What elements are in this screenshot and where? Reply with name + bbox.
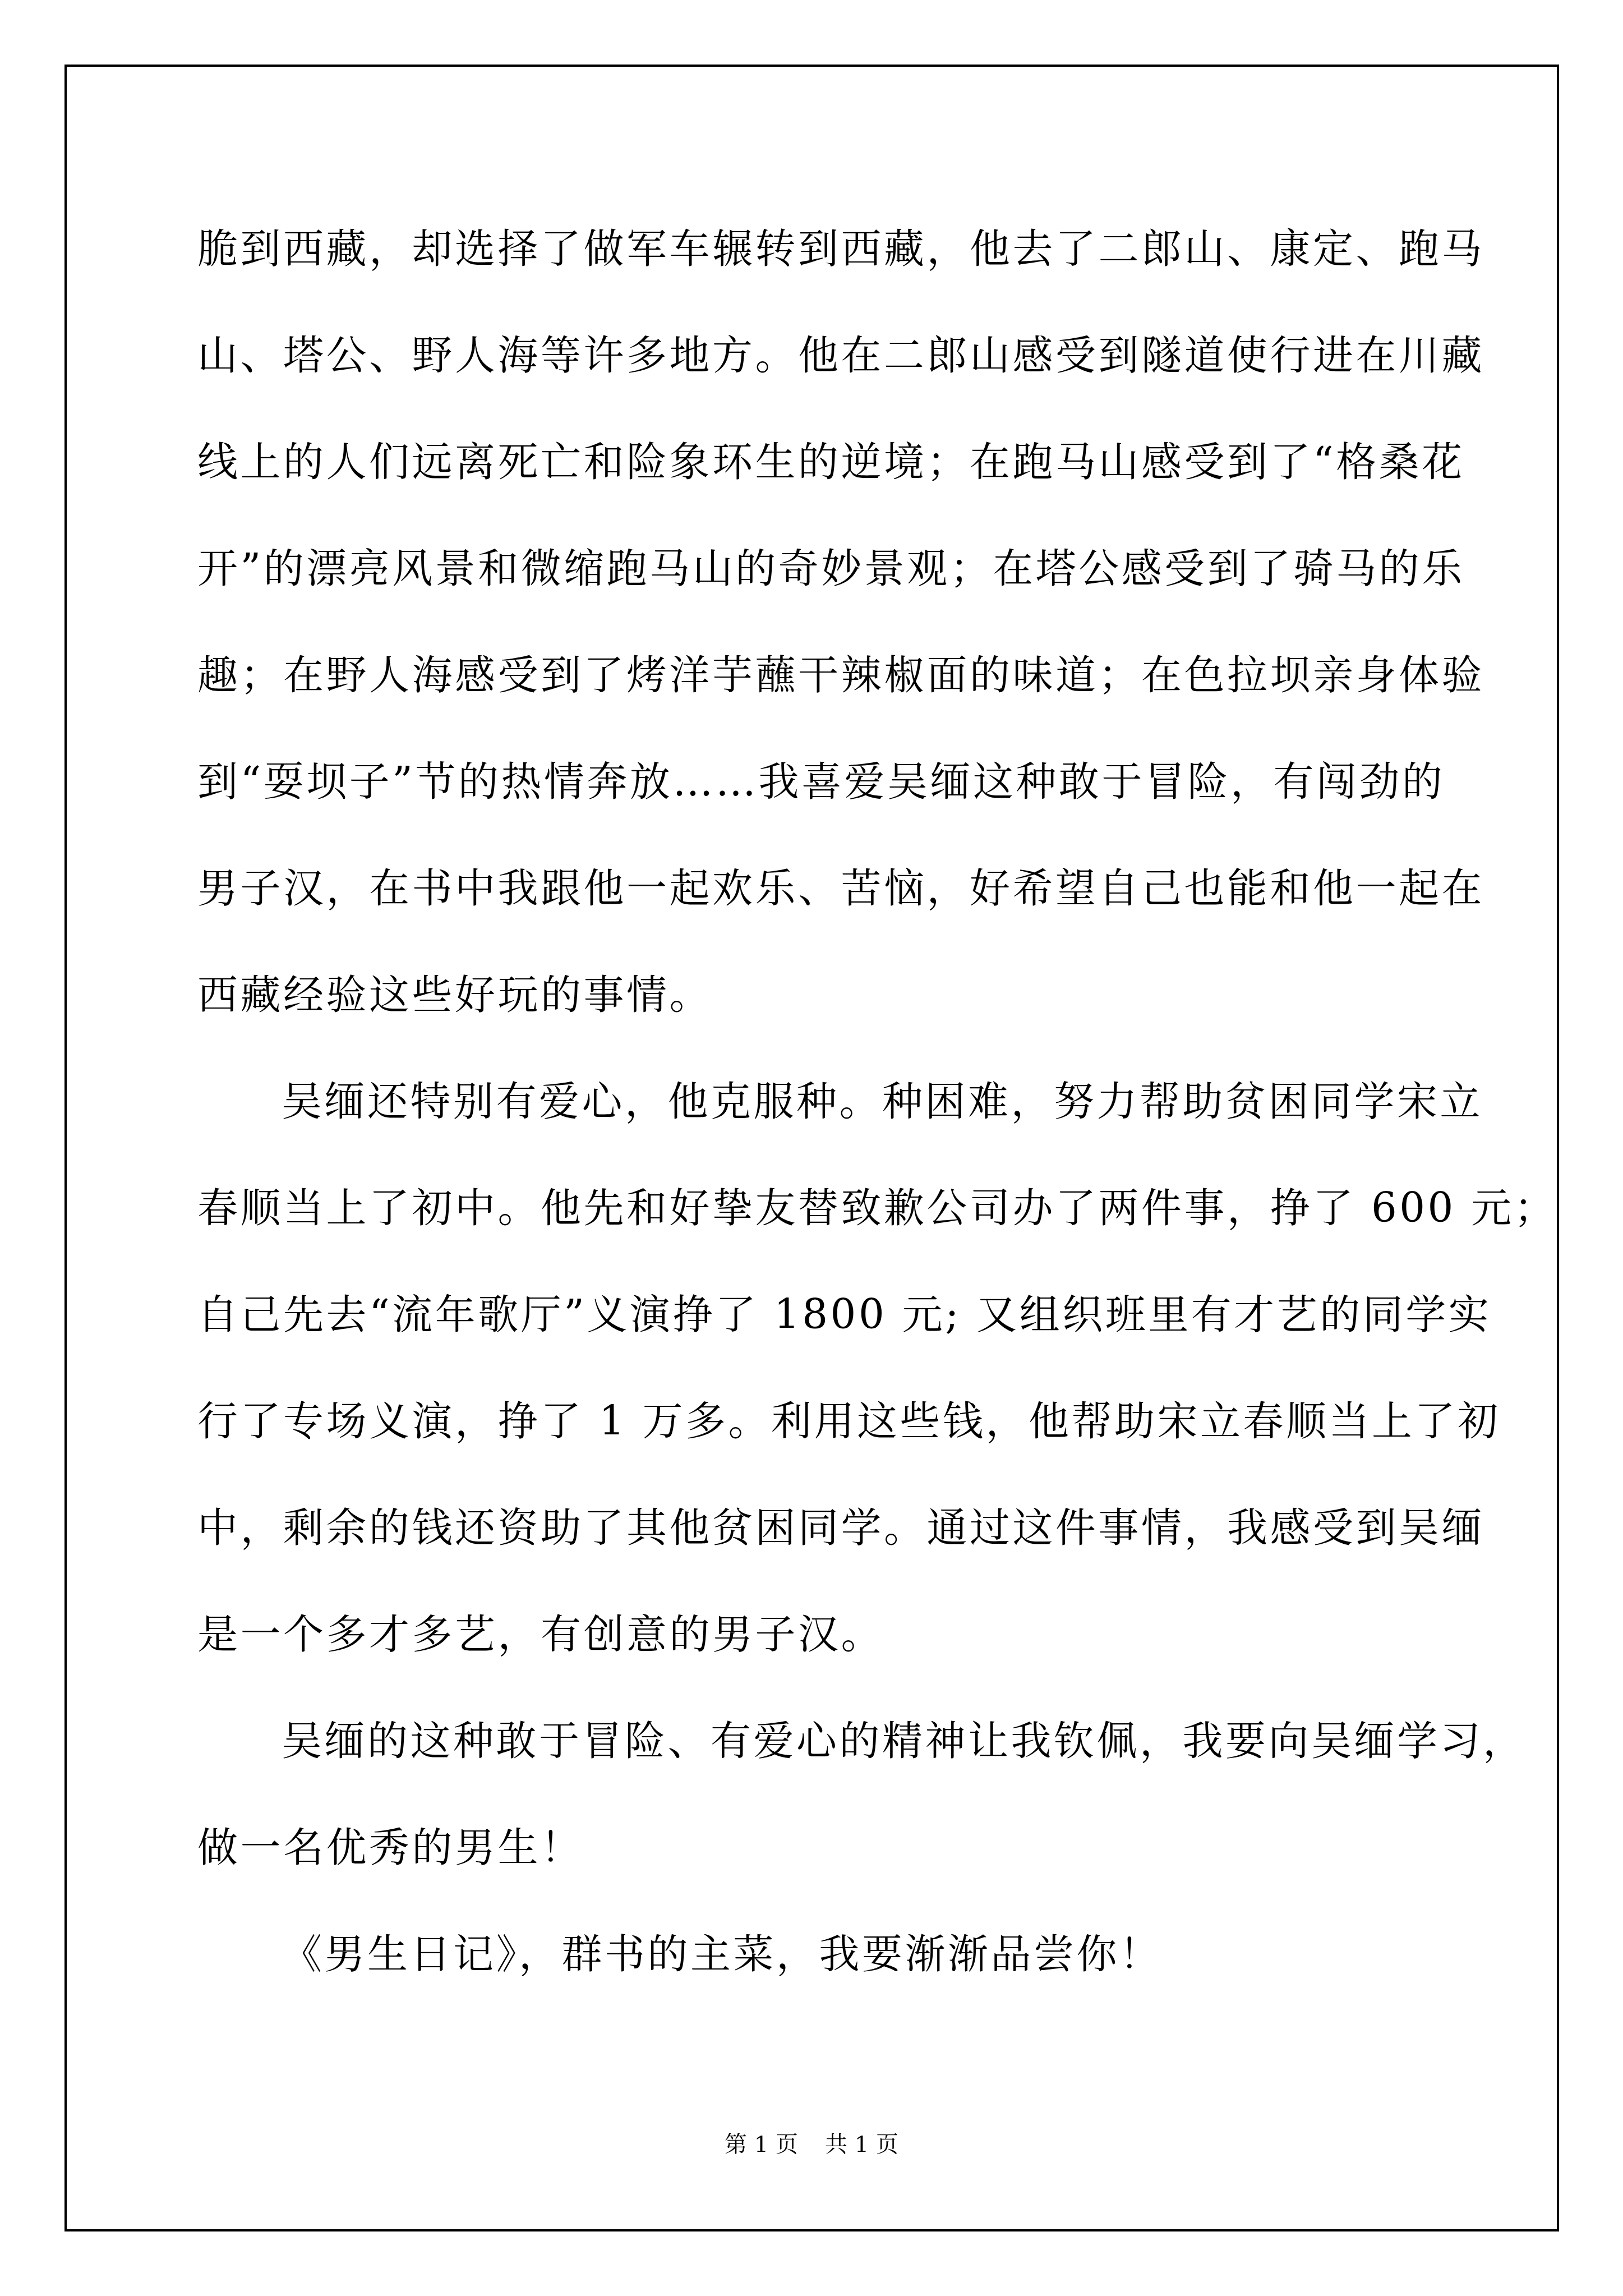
text-line: 山、塔公、野人海等许多地方。他在二郎山感受到隧道使行进在川藏 bbox=[197, 313, 1454, 420]
text-line: 是一个多才多艺，有创意的男子汉。 bbox=[197, 1592, 1454, 1699]
text-line: 春顺当上了初中。他先和好挚友替致歉公司办了两件事，挣了 600 元； bbox=[197, 1166, 1454, 1272]
text-line: 西藏经验这些好玩的事情。 bbox=[197, 953, 1454, 1059]
page-total: 共 1 页 bbox=[825, 2132, 898, 2157]
paragraph-start-line: 《男生日记》，群书的主菜，我要渐渐品尝你！ bbox=[197, 1912, 1454, 2018]
page-footer: 第 1 页共 1 页 bbox=[0, 2129, 1623, 2160]
paragraph-start-line: 吴缅还特别有爱心，他克服种。种困难，努力帮助贫困同学宋立 bbox=[197, 1059, 1454, 1166]
text-line: 到“耍坝子”节的热情奔放……我喜爱吴缅这种敢于冒险，有闯劲的 bbox=[197, 739, 1454, 846]
text-line: 开”的漂亮风景和微缩跑马山的奇妙景观；在塔公感受到了骑马的乐 bbox=[197, 526, 1454, 633]
text-line: 中，剩余的钱还资助了其他贫困同学。通过这件事情，我感受到吴缅 bbox=[197, 1485, 1454, 1592]
text-line: 脆到西藏，却选择了做军车辗转到西藏，他去了二郎山、康定、跑马 bbox=[197, 206, 1454, 313]
text-line: 男子汉，在书中我跟他一起欢乐、苦恼，好希望自己也能和他一起在 bbox=[197, 846, 1454, 953]
text-line: 做一名优秀的男生！ bbox=[197, 1805, 1454, 1912]
paragraph-start-line: 吴缅的这种敢于冒险、有爱心的精神让我钦佩，我要向吴缅学习， bbox=[197, 1699, 1454, 1805]
page-number: 第 1 页 bbox=[725, 2132, 798, 2157]
document-body: 脆到西藏，却选择了做军车辗转到西藏，他去了二郎山、康定、跑马 山、塔公、野人海等… bbox=[197, 206, 1454, 2018]
text-line: 行了专场义演，挣了 1 万多。利用这些钱，他帮助宋立春顺当上了初 bbox=[197, 1379, 1454, 1485]
text-line: 自己先去“流年歌厅”义演挣了 1800 元; 又组织班里有才艺的同学实 bbox=[197, 1272, 1454, 1379]
text-line: 线上的人们远离死亡和险象环生的逆境；在跑马山感受到了“格桑花 bbox=[197, 420, 1454, 526]
text-line: 趣；在野人海感受到了烤洋芋蘸干辣椒面的味道；在色拉坝亲身体验 bbox=[197, 633, 1454, 739]
